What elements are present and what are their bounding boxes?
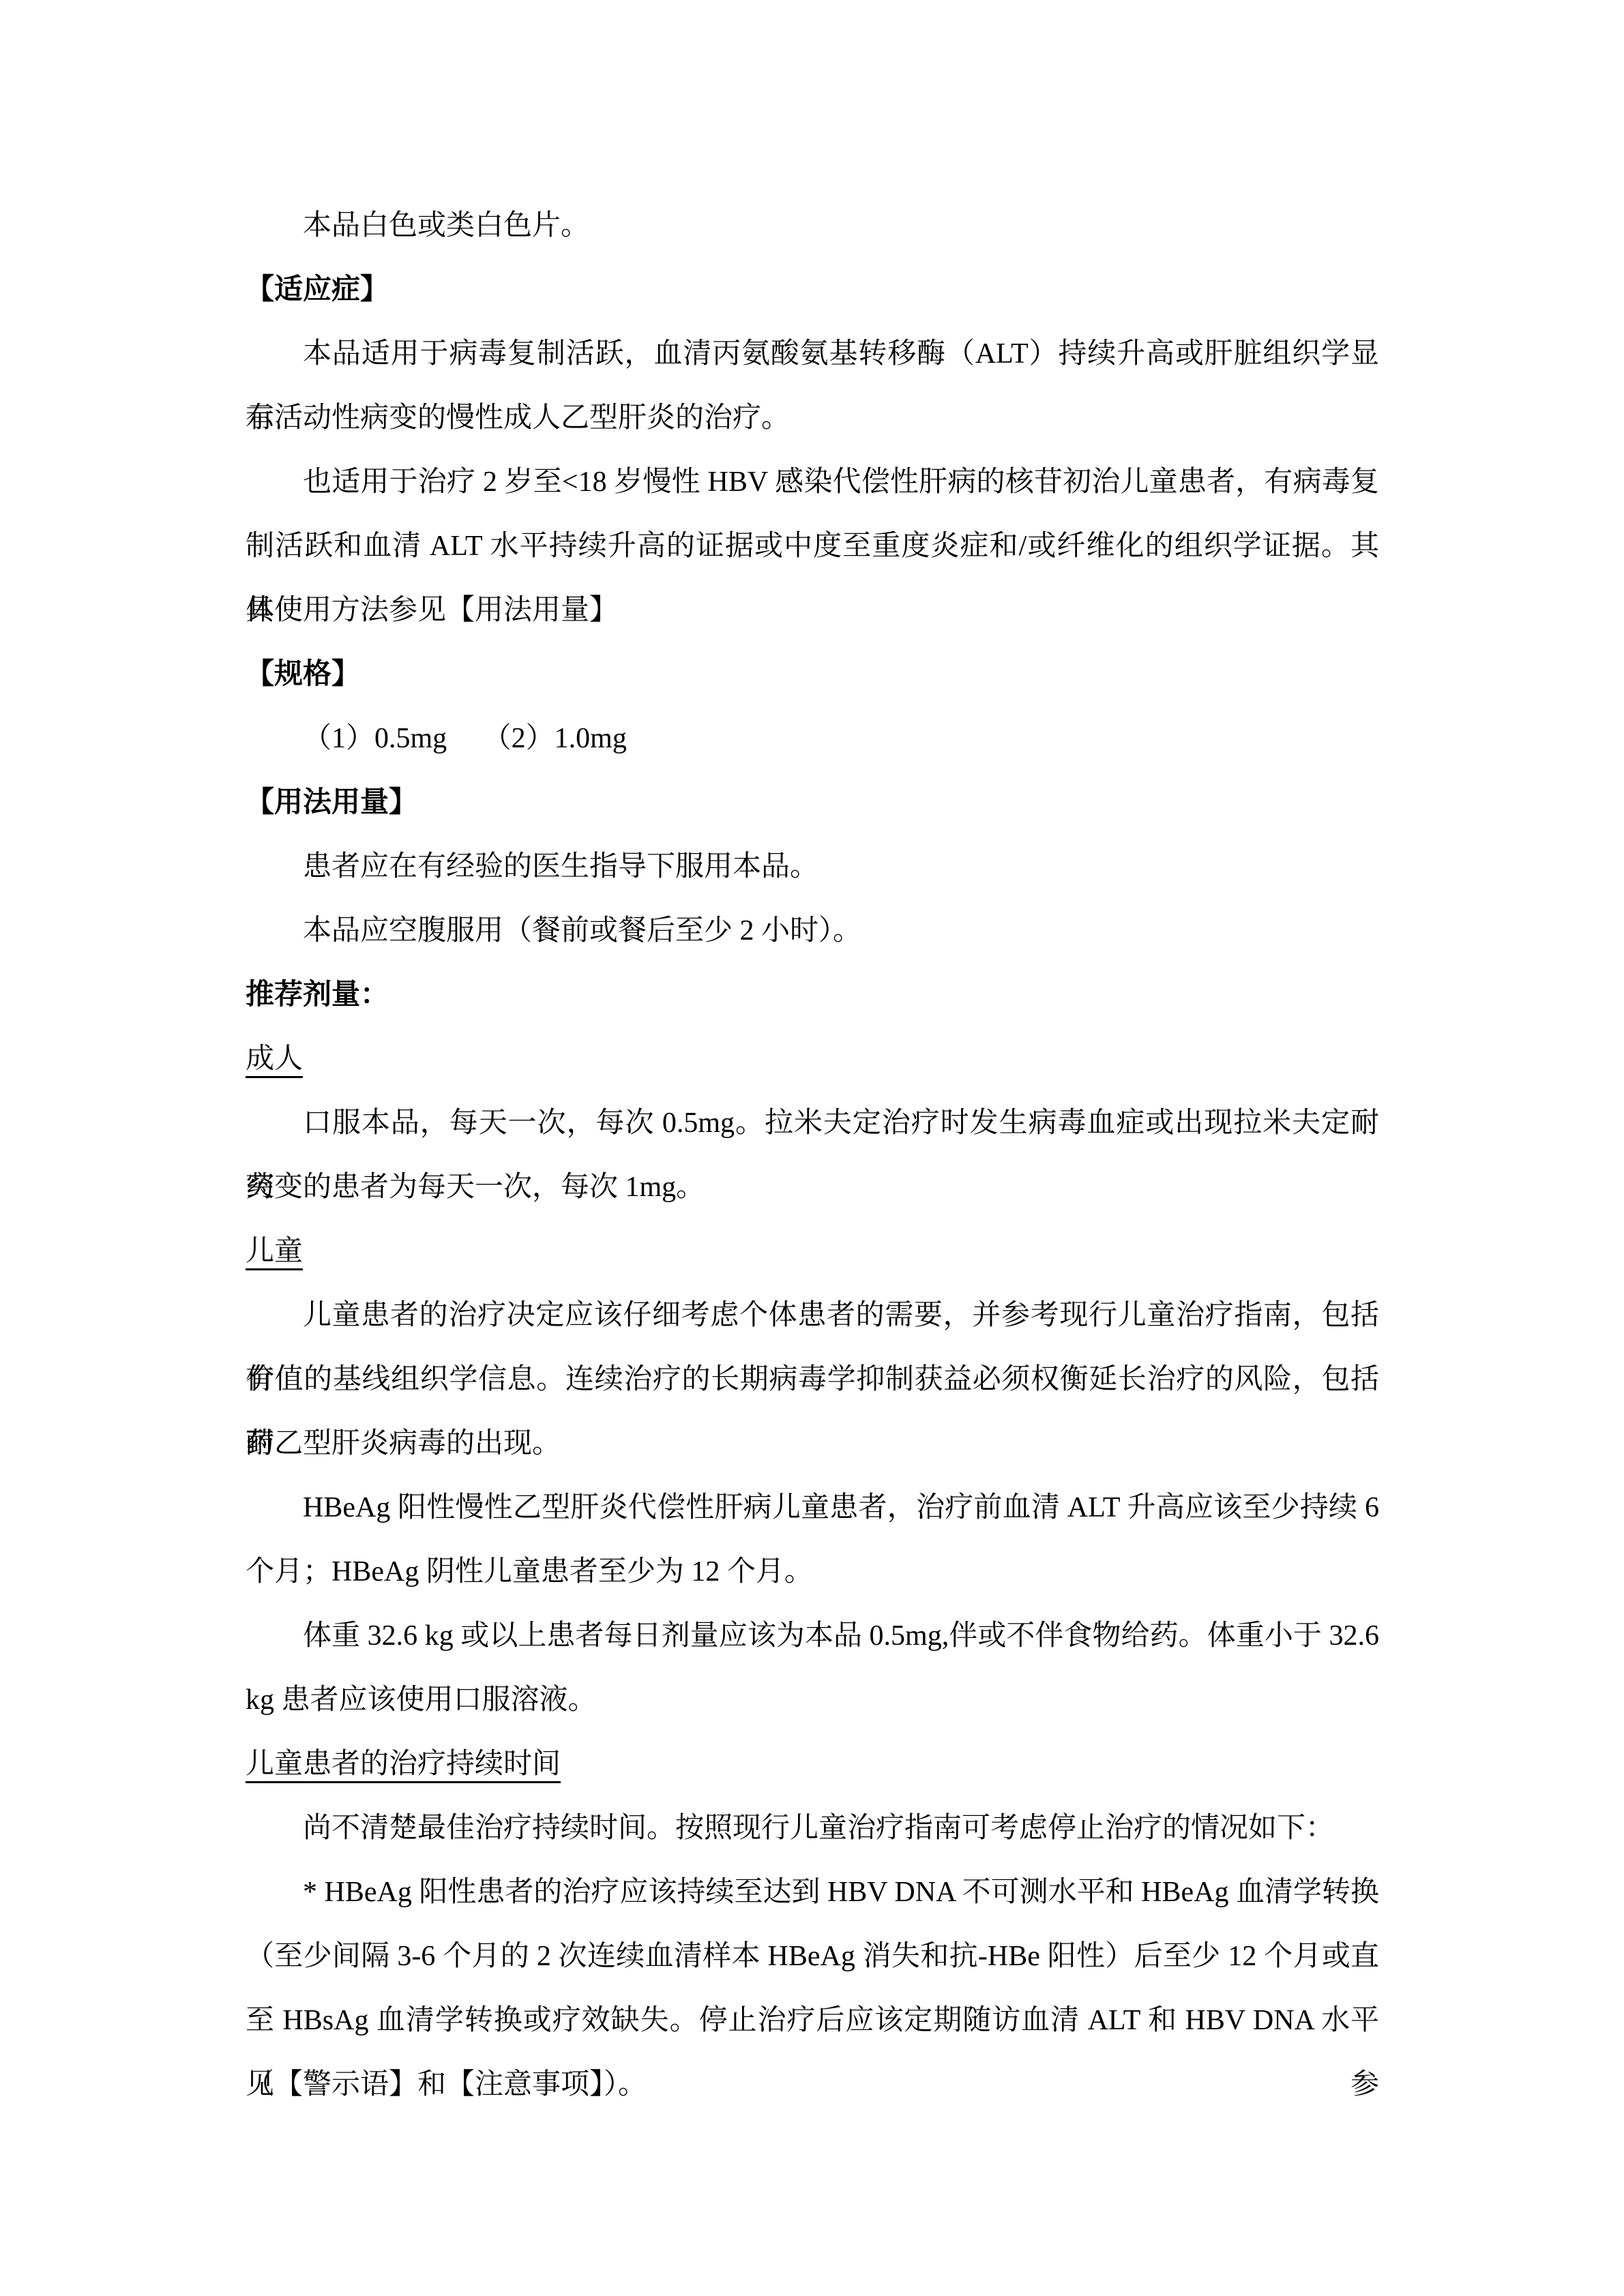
underlined-text: 成人 [246,1043,303,1075]
paragraph-line: 患者应在有经验的医生指导下服用本品。 [246,835,1379,899]
subsection-title: 儿童 [246,1219,1379,1283]
section-heading: 推荐剂量： [246,963,1379,1027]
paragraph-line: 价值的基线组织学信息。连续治疗的长期病毒学抑制获益必须权衡延长治疗的风险，包括耐 [246,1347,1379,1412]
paragraph-line: 药乙型肝炎病毒的出现。 [246,1412,1379,1476]
paragraph-line: * HBeAg 阳性患者的治疗应该持续至达到 HBV DNA 不可测水平和 HB… [246,1860,1379,1924]
paragraph-line: 制活跃和血清 ALT 水平持续升高的证据或中度至重度炎症和/或纤维化的组织学证据… [246,514,1379,578]
paragraph-line: 口服本品，每天一次，每次 0.5mg。拉米夫定治疗时发生病毒血症或出现拉米夫定耐… [246,1091,1379,1155]
paragraph-line: 个月；HBeAg 阴性儿童患者至少为 12 个月。 [246,1540,1379,1604]
paragraph-line: 尚不清楚最佳治疗持续时间。按照现行儿童治疗指南可考虑停止治疗的情况如下： [246,1796,1379,1860]
paragraph-line: 本品适用于病毒复制活跃，血清丙氨酸氨基转移酶（ALT）持续升高或肝脏组织学显示 [246,322,1379,386]
paragraph-line: （1）0.5mg （2）1.0mg [246,706,1379,771]
paragraph-line: 体使用方法参见【用法用量】 [246,578,1379,642]
paragraph-line: （至少间隔 3-6 个月的 2 次连续血清样本 HBeAg 消失和抗-HBe 阳… [246,1924,1379,1988]
paragraph-line: 本品应空腹服用（餐前或餐后至少 2 小时）。 [246,899,1379,963]
paragraph-line: 也适用于治疗 2 岁至<18 岁慢性 HBV 感染代偿性肝病的核苷初治儿童患者，… [246,450,1379,514]
paragraph-line: kg 患者应该使用口服溶液。 [246,1668,1379,1732]
section-heading: 【用法用量】 [246,771,1379,835]
paragraph-line: 本品白色或类白色片。 [246,194,1379,258]
section-heading: 【适应症】 [246,258,1379,322]
document-page: 本品白色或类白色片。【适应症】本品适用于病毒复制活跃，血清丙氨酸氨基转移酶（AL… [0,0,1624,2296]
section-heading: 【规格】 [246,642,1379,706]
paragraph-line: 有活动性病变的慢性成人乙型肝炎的治疗。 [246,386,1379,450]
paragraph-line: 儿童患者的治疗决定应该仔细考虑个体患者的需要，并参考现行儿童治疗指南，包括有 [246,1283,1379,1347]
paragraph-line: 突变的患者为每天一次，每次 1mg。 [246,1155,1379,1219]
underlined-text: 儿童 [246,1236,303,1267]
subsection-title: 成人 [246,1027,1379,1091]
underlined-text: 儿童患者的治疗持续时间 [246,1748,561,1780]
document-body: 本品白色或类白色片。【适应症】本品适用于病毒复制活跃，血清丙氨酸氨基转移酶（AL… [246,194,1379,2117]
subsection-title: 儿童患者的治疗持续时间 [246,1732,1379,1796]
paragraph-line: 体重 32.6 kg 或以上患者每日剂量应该为本品 0.5mg,伴或不伴食物给药… [246,1604,1379,1668]
paragraph-line: 至 HBsAg 血清学转换或疗效缺失。停止治疗后应该定期随访血清 ALT 和 H… [246,1988,1379,2053]
paragraph-line: HBeAg 阳性慢性乙型肝炎代偿性肝病儿童患者，治疗前血清 ALT 升高应该至少… [246,1476,1379,1540]
